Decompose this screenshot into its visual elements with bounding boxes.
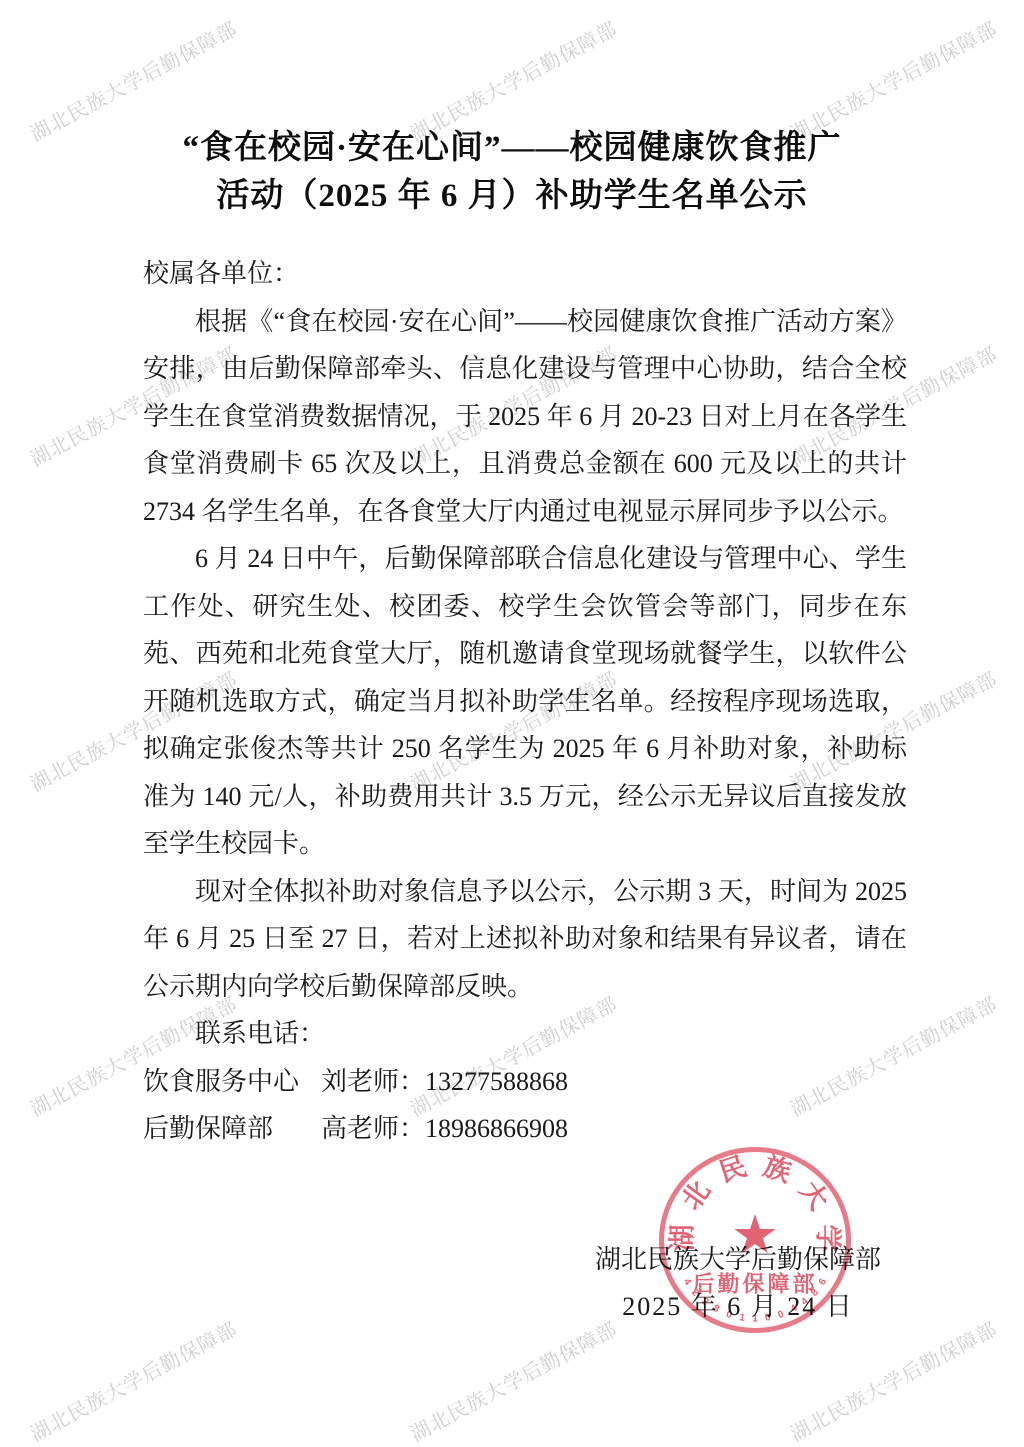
signature-name: 湖北民族大学后勤保障部 <box>578 1236 898 1283</box>
title-line-2: 活动（2025 年 6 月）补助学生名单公示 <box>0 172 1024 220</box>
seal-arc-char: 北 <box>671 1172 718 1217</box>
contact-phone-2: 高老师：18986866908 <box>321 1114 568 1143</box>
document-body: 校属各单位： 根据《“食在校园·安在心间”——校园健康饮食推广活动方案》安排，由… <box>143 250 907 1153</box>
paragraph-1: 根据《“食在校园·安在心间”——校园健康饮食推广活动方案》安排，由后勤保障部牵头… <box>143 298 907 536</box>
paragraph-3: 现对全体拟补助对象信息予以公示，公示期 3 天，时间为 2025 年 6 月 2… <box>143 868 907 1011</box>
contact-dept-2: 后勤保障部 <box>143 1105 321 1153</box>
watermark-text: 湖北民族大学后勤保障部 <box>404 1313 622 1447</box>
contact-heading: 联系电话： <box>143 1010 907 1058</box>
contact-phone-1: 刘老师：13277588868 <box>321 1067 568 1096</box>
contact-line-1: 饮食服务中心刘老师：13277588868 <box>143 1058 907 1106</box>
signature-date: 2025 年 6 月 24 日 <box>578 1283 898 1330</box>
document-page: 湖北民族大学后勤保障部湖北民族大学后勤保障部湖北民族大学后勤保障部湖北民族大学后… <box>0 0 1024 1447</box>
contact-dept-1: 饮食服务中心 <box>143 1058 321 1106</box>
contact-line-2: 后勤保障部高老师：18986866908 <box>143 1105 907 1153</box>
document-title: “食在校园·安在心间”——校园健康饮食推广 活动（2025 年 6 月）补助学生… <box>0 124 1024 220</box>
signature-block: 湖北民族大学后勤保障部 2025 年 6 月 24 日 <box>578 1236 898 1330</box>
paragraph-2: 6 月 24 日中午，后勤保障部联合信息化建设与管理中心、学生工作处、研究生处、… <box>143 535 907 868</box>
title-line-1: “食在校园·安在心间”——校园健康饮食推广 <box>0 124 1024 172</box>
watermark-text: 湖北民族大学后勤保障部 <box>24 1313 242 1447</box>
watermark-text: 湖北民族大学后勤保障部 <box>784 1313 1002 1447</box>
seal-arc-char: 大 <box>792 1172 839 1217</box>
salutation: 校属各单位： <box>143 250 907 298</box>
